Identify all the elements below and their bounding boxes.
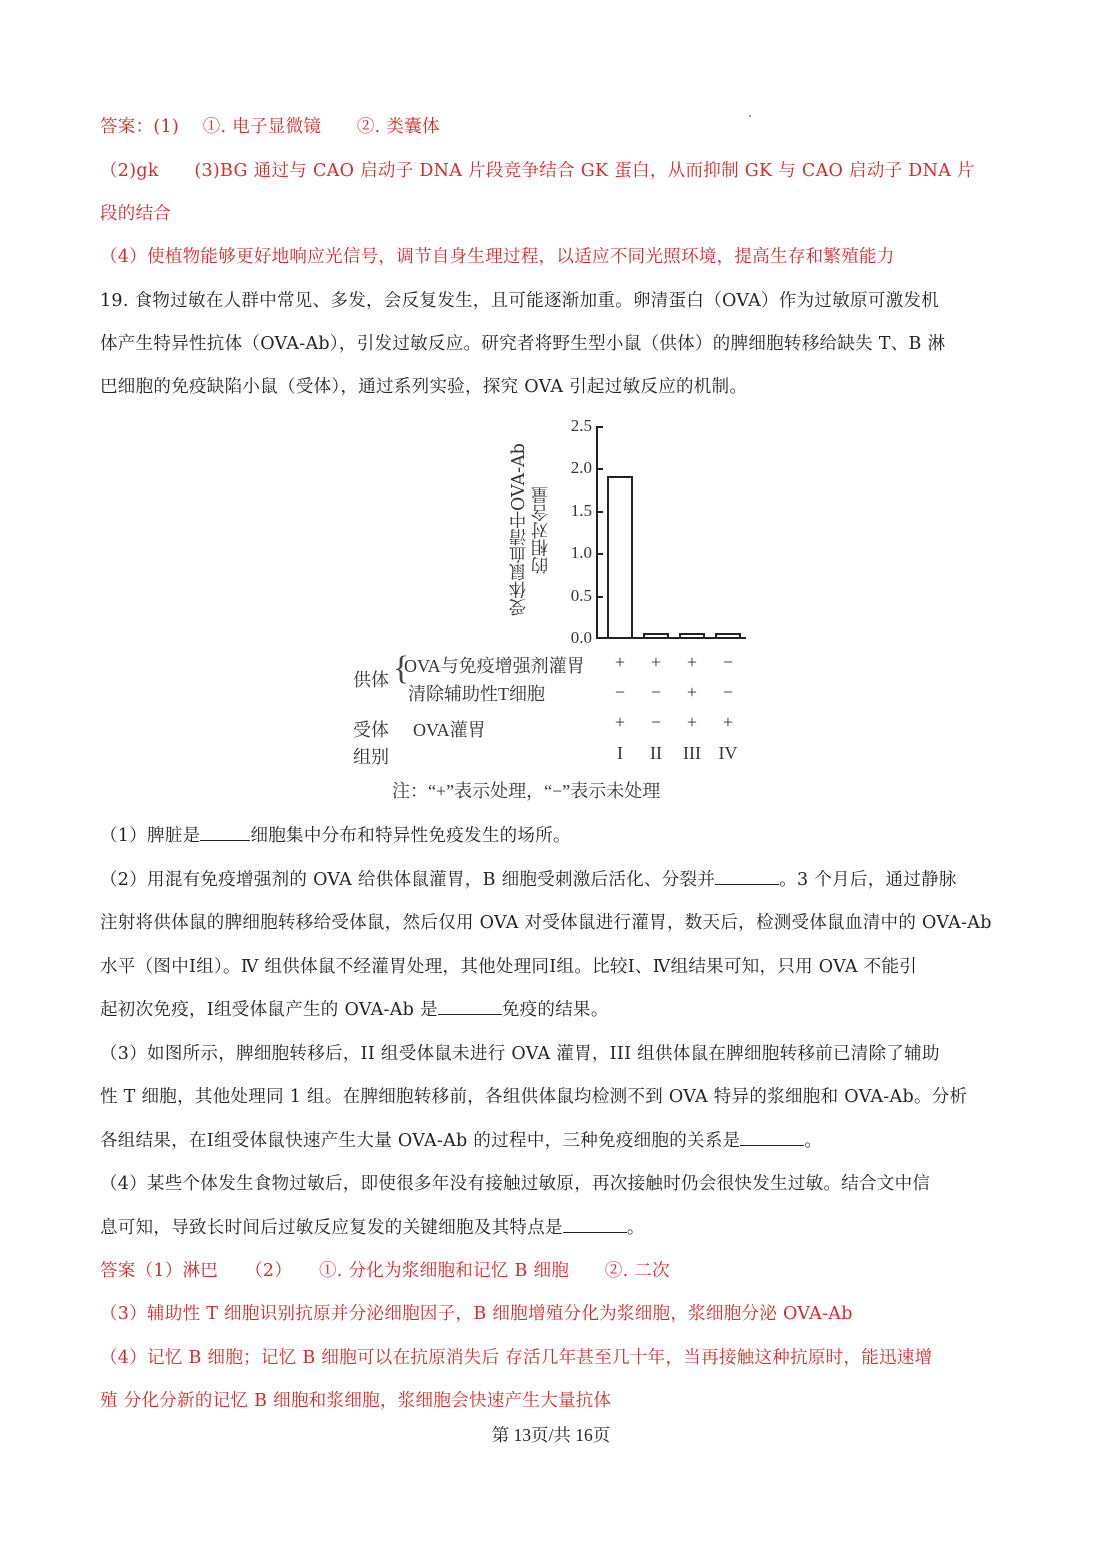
row2-sign-IV: − <box>716 682 740 703</box>
q4-line-2: 息可知，导致长时间后过敏反应复发的关键细胞及其特点是。 <box>100 1214 645 1239</box>
q2-line-3: 水平（图中Ⅰ组）。Ⅳ 组供体鼠不经灌胃处理，其他处理同Ⅰ组。比较Ⅰ、Ⅳ组结果可知… <box>100 953 917 978</box>
y-tick-2-5: 2.5 <box>552 416 592 436</box>
page-number: 第 13页/共 16页 <box>0 1422 1102 1447</box>
q1-text-post: 细胞集中分布和特异性免疫发生的场所。 <box>250 826 570 846</box>
group-I: I <box>608 743 632 764</box>
question-stem-line-3: 巴细胞的免疫缺陷小鼠（受体），通过系列实验，探究 OVA 引起过敏反应的机制。 <box>100 373 747 398</box>
y-tick-mark <box>598 426 603 428</box>
row1-sign-II: + <box>644 652 668 673</box>
y-axis <box>596 426 598 639</box>
bar-group-II <box>643 633 669 639</box>
answer-prev-line-1: 答案：(1) ①. 电子显微镜 ②. 类囊体 <box>100 113 440 138</box>
group-III: III <box>680 743 704 764</box>
q1-text-pre: （1）脾脏是 <box>100 826 200 846</box>
donor-label: 供体 <box>353 666 389 692</box>
q2-text-pre: （2）用混有免疫增强剂的 OVA 给供体鼠灌胃，B 细胞受刺激后活化、分裂并 <box>100 870 715 890</box>
figure-note: 注：“+”表示处理，“−”表示未处理 <box>392 777 660 803</box>
row1-sign-I: + <box>608 652 632 673</box>
q4-line-1: （4）某些个体发生食物过敏后，即使很多年没有接触过敏原，再次接触时仍会很快发生过… <box>100 1170 930 1195</box>
answer-prev-line-2: （2)gk (3)BG 通过与 CAO 启动子 DNA 片段竞争结合 GK 蛋白… <box>100 157 975 182</box>
row2-sign-II: − <box>644 682 668 703</box>
q2-text-post: 。3 个月后，通过静脉 <box>779 870 957 890</box>
y-tick-mark <box>598 468 603 470</box>
donor-row-2-label: 清除辅助性T细胞 <box>408 680 545 706</box>
y-tick-0-5: 0.5 <box>552 586 592 606</box>
y-tick-0-0: 0.0 <box>552 628 592 648</box>
group-label: 组别 <box>353 743 389 769</box>
y-tick-mark <box>598 511 603 513</box>
q3-blank[interactable] <box>740 1131 804 1146</box>
row1-sign-IV: − <box>716 652 740 673</box>
y-tick-1-5: 1.5 <box>552 501 592 521</box>
y-tick-mark <box>598 553 603 555</box>
q3-line-2: 性 T 细胞，其他处理同 1 组。在脾细胞转移前，各组供体鼠均检测不到 OVA … <box>100 1083 967 1108</box>
row1-sign-III: + <box>680 652 704 673</box>
q2-line-2: 注射将供体鼠的脾细胞转移给受体鼠，然后仅用 OVA 对受体鼠进行灌胃，数天后，检… <box>100 909 992 934</box>
bar-group-IV <box>715 633 741 639</box>
recipient-label: 受体 <box>353 716 389 742</box>
answer-line-3: （3）辅助性 T 细胞识别抗原并分泌细胞因子，B 细胞增殖分化为浆细胞，浆细胞分… <box>100 1300 853 1325</box>
row3-sign-I: + <box>608 712 632 733</box>
answer-prev-line-4: （4）使植物能够更好地响应光信号，调节自身生理过程，以适应不同光照环境，提高生存… <box>100 243 895 268</box>
q4-blank[interactable] <box>563 1218 627 1233</box>
row2-sign-I: − <box>608 682 632 703</box>
q2-l4-text-pre: 起初次免疫，Ⅰ组受体鼠产生的 OVA-Ab 是 <box>100 1000 438 1020</box>
y-tick-mark <box>598 596 603 598</box>
group-IV: IV <box>716 743 740 764</box>
row3-sign-II: − <box>644 712 668 733</box>
bar-group-I <box>607 476 633 639</box>
q3-line-3: 各组结果，在Ⅰ组受体鼠快速产生大量 OVA-Ab 的过程中，三种免疫细胞的关系是… <box>100 1127 822 1152</box>
q2-blank-1[interactable] <box>715 870 779 885</box>
y-tick-1-0: 1.0 <box>552 543 592 563</box>
y-axis-title-line-2: 的相对含量 <box>531 486 551 574</box>
question-stem-line-1: 19. 食物过敏在人群中常见、多发，会反复发生，且可能逐渐加重。卵清蛋白（OVA… <box>100 287 939 312</box>
answer-line-1: 答案（1）淋巴 （2） ①. 分化为浆细胞和记忆 B 细胞 ②. 二次 <box>100 1257 670 1282</box>
question-stem-line-2: 体产生特异性抗体（OVA-Ab），引发过敏反应。研究者将野生型小鼠（供体）的脾细… <box>100 330 945 355</box>
recipient-row-label: OVA灌胃 <box>413 716 486 742</box>
stray-mark <box>749 115 751 117</box>
donor-row-1-label: OVA与免疫增强剂灌胃 <box>404 652 585 678</box>
q1-line: （1）脾脏是细胞集中分布和特异性免疫发生的场所。 <box>100 822 571 847</box>
answer-line-4a: （4）记忆 B 细胞；记忆 B 细胞可以在抗原消失后 存活几年甚至几十年，当再接… <box>100 1344 932 1369</box>
row2-sign-III: + <box>680 682 704 703</box>
y-axis-title-line-1: 受体鼠血清中OVA-Ab <box>509 444 529 617</box>
q3-text-pre: 各组结果，在Ⅰ组受体鼠快速产生大量 OVA-Ab 的过程中，三种免疫细胞的关系是 <box>100 1131 740 1151</box>
row3-sign-IV: + <box>716 712 740 733</box>
row3-sign-III: + <box>680 712 704 733</box>
figure-bar-chart: 受体鼠血清中OVA-Ab 的相对含量 2.5 2.0 1.5 1.0 0.5 0… <box>340 410 770 810</box>
q3-line-1: （3）如图所示，脾细胞转移后，II 组受体鼠未进行 OVA 灌胃，III 组供体… <box>100 1040 940 1065</box>
q3-text-post: 。 <box>804 1131 822 1151</box>
y-tick-2-0: 2.0 <box>552 458 592 478</box>
q2-line-4: 起初次免疫，Ⅰ组受体鼠产生的 OVA-Ab 是免疫的结果。 <box>100 996 609 1021</box>
answer-line-4b: 殖 分化分新的记忆 B 细胞和浆细胞，浆细胞会快速产生大量抗体 <box>100 1387 611 1412</box>
answer-prev-line-3: 段的结合 <box>100 200 171 225</box>
y-axis-title: 受体鼠血清中OVA-Ab 的相对含量 <box>508 430 554 630</box>
q1-blank[interactable] <box>200 826 250 841</box>
group-II: II <box>644 743 668 764</box>
q2-blank-2[interactable] <box>438 1000 502 1015</box>
q2-l4-text-post: 免疫的结果。 <box>502 1000 609 1020</box>
q4-text-post: 。 <box>627 1218 645 1238</box>
q2-line-1: （2）用混有免疫增强剂的 OVA 给供体鼠灌胃，B 细胞受刺激后活化、分裂并。3… <box>100 866 957 891</box>
q4-text-pre: 息可知，导致长时间后过敏反应复发的关键细胞及其特点是 <box>100 1218 563 1238</box>
bar-group-III <box>679 633 705 639</box>
